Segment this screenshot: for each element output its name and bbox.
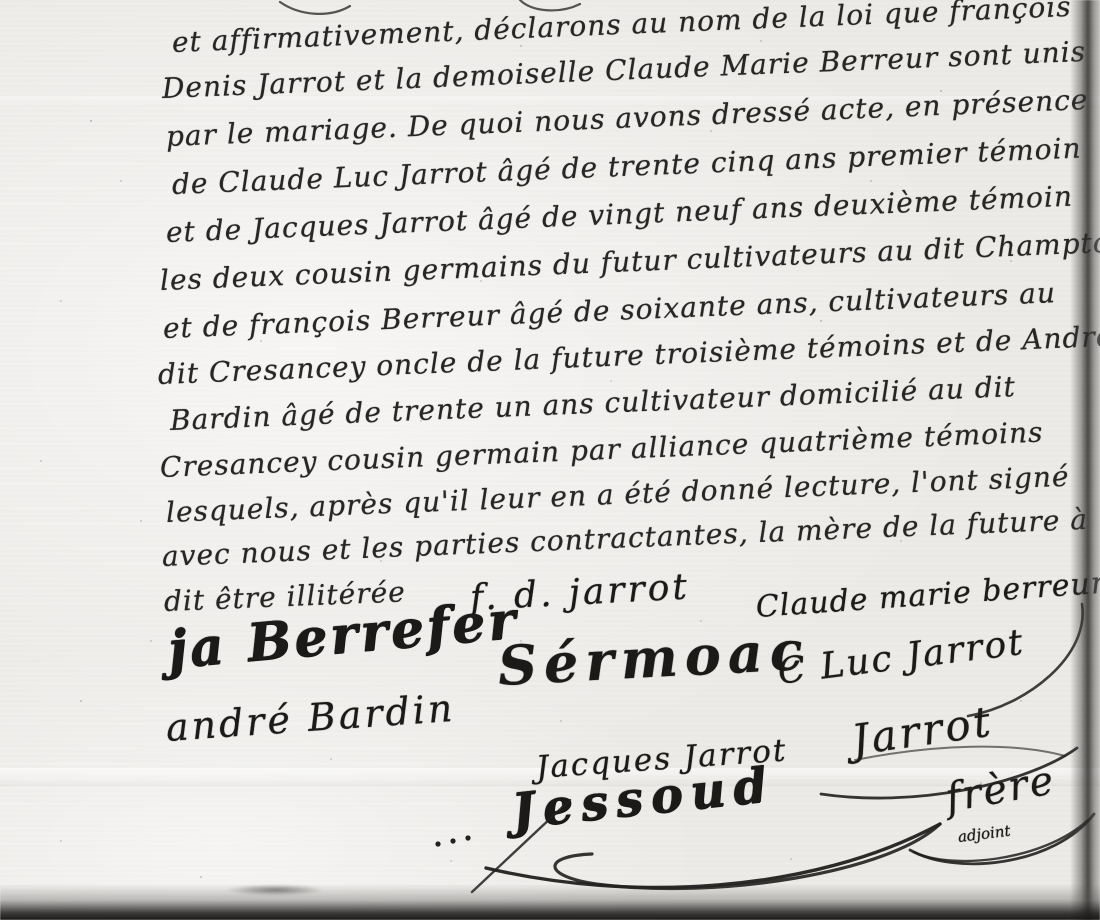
jarrot-tail-stroke [815, 742, 1085, 804]
scan-edge-right [1070, 0, 1100, 920]
luc-jarrot-paraph-stroke [940, 598, 1090, 723]
document-page: et affirmativement, déclarons au nom de … [0, 0, 1100, 920]
signature-flourish-illegible: Sérmoac [496, 618, 811, 698]
scan-edge-bottom [0, 884, 1100, 920]
signature-andre-bardin: andré Bardin [164, 686, 456, 750]
paper-speckle-noise [0, 0, 2, 2]
